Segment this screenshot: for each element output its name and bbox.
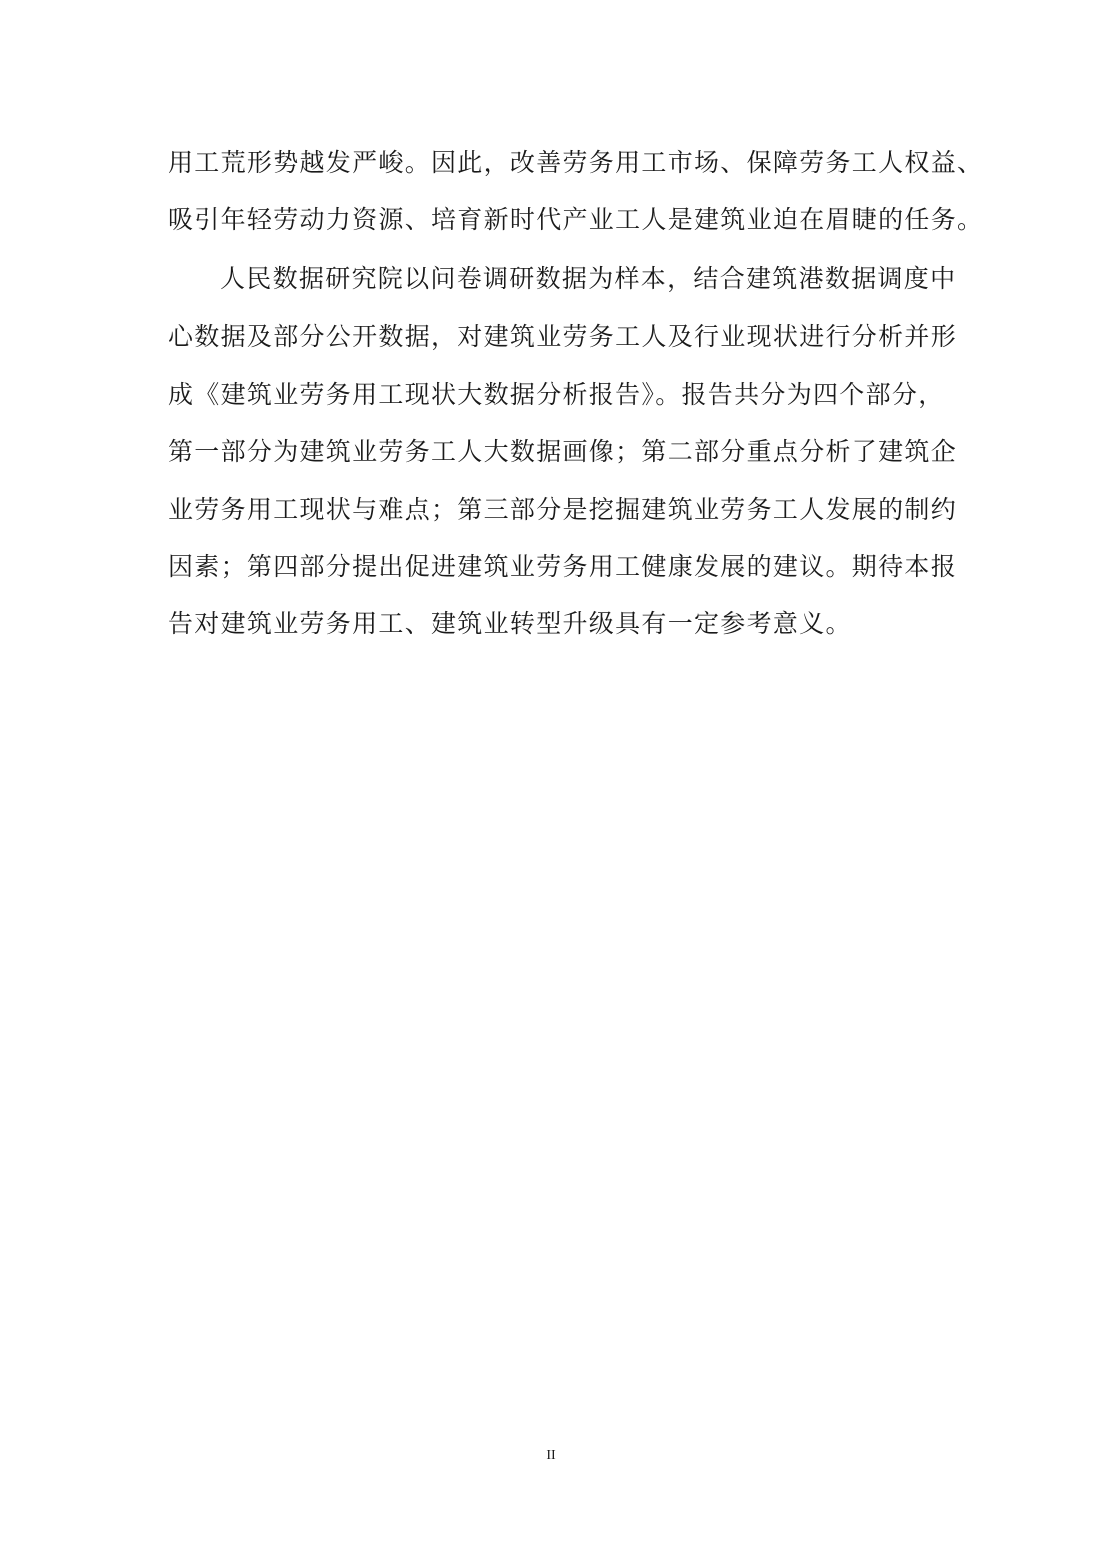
paragraph-2-line-5: 业劳务用工现状与难点；第三部分是挖掘建筑业劳务工人发展的制约 bbox=[168, 495, 957, 525]
paragraph-2-line-6: 因素；第四部分提出促进建筑业劳务用工健康发展的建议。期待本报 bbox=[168, 552, 957, 582]
paragraph-2-line-4: 第一部分为建筑业劳务工人大数据画像；第二部分重点分析了建筑企 bbox=[168, 437, 957, 467]
paragraph-2-line-3: 成《建筑业劳务用工现状大数据分析报告》。报告共分为四个部分， bbox=[168, 380, 945, 410]
document-page: 用工荒形势越发严峻。因此，改善劳务用工市场、保障劳务工人权益、 吸引年轻劳动力资… bbox=[0, 0, 1102, 1559]
paragraph-2-line-7: 告对建筑业劳务用工、建筑业转型升级具有一定参考意义。 bbox=[168, 609, 852, 639]
paragraph-1-line-1: 用工荒形势越发严峻。因此，改善劳务用工市场、保障劳务工人权益、 bbox=[168, 148, 983, 178]
paragraph-2-line-2: 心数据及部分公开数据，对建筑业劳务工人及行业现状进行分析并形 bbox=[168, 322, 957, 352]
page-number: II bbox=[0, 1448, 1102, 1464]
paragraph-2-line-1: 人民数据研究院以问卷调研数据为样本，结合建筑港数据调度中 bbox=[220, 264, 956, 294]
paragraph-1-line-2: 吸引年轻劳动力资源、培育新时代产业工人是建筑业迫在眉睫的任务。 bbox=[168, 205, 983, 235]
